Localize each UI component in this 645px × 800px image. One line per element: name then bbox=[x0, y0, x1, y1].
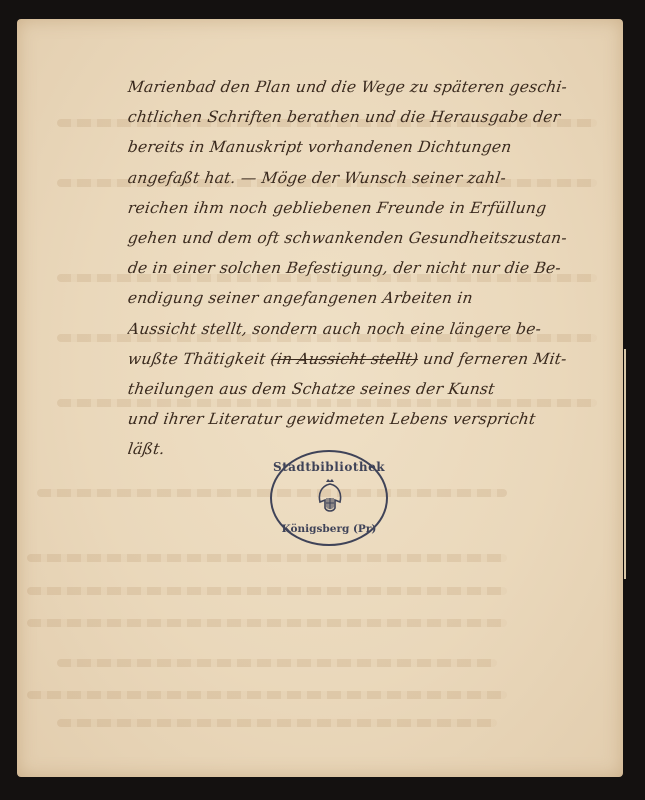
struck-through-text: (in Aussicht stellt) bbox=[269, 350, 419, 368]
library-stamp: Stadtbibliothek Königsberg (Pr) bbox=[270, 450, 388, 546]
text-line: de in einer solchen Befestigung, der nic… bbox=[126, 253, 630, 283]
bleed-through-text bbox=[27, 691, 507, 699]
text-line: angefaßt hat. — Möge der Wunsch seiner z… bbox=[126, 163, 630, 193]
coat-of-arms-icon bbox=[315, 478, 345, 516]
text-line: theilungen aus dem Schatze seines der Ku… bbox=[126, 374, 630, 404]
text-line: bereits in Manuskript vorhandenen Dichtu… bbox=[126, 132, 630, 162]
text-line: und ihrer Literatur gewidmeten Lebens ve… bbox=[126, 404, 630, 434]
bleed-through-text bbox=[57, 659, 497, 667]
text-line: Marienbad den Plan und die Wege zu späte… bbox=[126, 72, 630, 102]
handwritten-text: Marienbad den Plan und die Wege zu späte… bbox=[128, 72, 628, 464]
bleed-through-text bbox=[57, 719, 497, 727]
text-fragment: wußte Thätigkeit bbox=[127, 350, 267, 368]
text-line: chtlichen Schriften berathen und die Her… bbox=[126, 102, 630, 132]
text-line: reichen ihm noch gebliebenen Freunde in … bbox=[126, 193, 630, 223]
bleed-through-text bbox=[27, 587, 507, 595]
text-line: gehen und dem oft schwankenden Gesundhei… bbox=[126, 223, 630, 253]
stamp-top-text: Stadtbibliothek bbox=[272, 460, 386, 474]
stamp-bottom-text: Königsberg (Pr) bbox=[272, 523, 386, 535]
text-fragment: und ferneren Mit- bbox=[422, 350, 568, 368]
bleed-through-text bbox=[27, 619, 507, 627]
text-line: endigung seiner angefangenen Arbeiten in bbox=[126, 283, 630, 313]
text-line: Aussicht stellt, sondern auch noch eine … bbox=[126, 314, 630, 344]
bleed-through-text bbox=[27, 554, 507, 562]
text-line: wußte Thätigkeit (in Aussicht stellt) un… bbox=[126, 344, 630, 374]
